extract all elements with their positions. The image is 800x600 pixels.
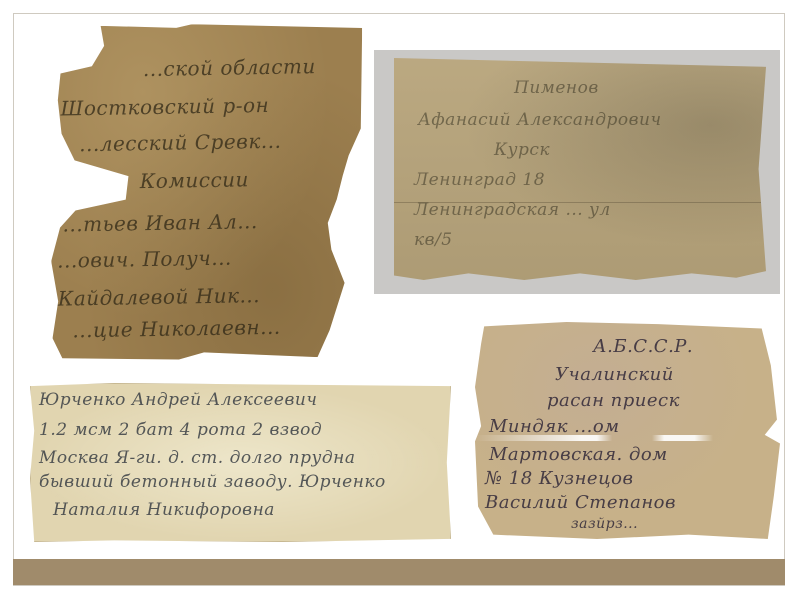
- note-line: Миндяк ...ом: [489, 416, 620, 437]
- note-line: зазйрз...: [571, 516, 638, 532]
- note-line: расан приеск: [547, 390, 680, 411]
- note-line: кв/5: [414, 230, 453, 250]
- note-line: А.Б.С.С.Р.: [593, 336, 693, 357]
- slide-footer-band: [13, 559, 785, 586]
- note-line: Комиссии: [140, 167, 250, 193]
- note-line: Василий Степанов: [485, 492, 676, 513]
- note-line: Пименов: [514, 78, 599, 98]
- handwritten-note-2: Пименов Афанасий Александрович Курск Лен…: [394, 58, 766, 280]
- note-line: ...ович. Получ...: [57, 246, 232, 273]
- note-line: Шостковский р-он: [60, 93, 269, 121]
- handwritten-note-3: Юрченко Андрей Алексеевич 1.2 мсм 2 бат …: [30, 383, 451, 542]
- note-line: Мартовская. дом: [489, 444, 668, 465]
- note-line: ...лесский Сревк...: [79, 129, 282, 157]
- note-line: Ленинградская ... ул: [414, 200, 611, 220]
- note-line: Москва Я-ги. д. ст. долго прудна: [39, 448, 355, 468]
- note-line: ...тьев Иван Ал...: [62, 209, 258, 236]
- note-line: Кайдалевой Ник...: [58, 283, 261, 311]
- note-line: 1.2 мсм 2 бат 4 рота 2 взвод: [39, 420, 322, 440]
- note-line: Учалинский: [555, 364, 674, 385]
- note-line: № 18 Кузнецов: [485, 468, 633, 489]
- note-line: Курск: [494, 140, 550, 160]
- note-line: Ленинград 18: [414, 170, 545, 190]
- note-line: ...цие Николаевн...: [72, 315, 281, 343]
- note-line: Наталия Никифоровна: [53, 500, 275, 520]
- note-line: бывший бетонный заводу. Юрченко: [39, 472, 386, 492]
- handwritten-note-4: А.Б.С.С.Р. Учалинский расан приеск Миндя…: [475, 322, 780, 539]
- note-line: ...ской области: [143, 54, 316, 81]
- note-line: Юрченко Андрей Алексеевич: [39, 390, 317, 410]
- note-line: Афанасий Александрович: [418, 110, 662, 130]
